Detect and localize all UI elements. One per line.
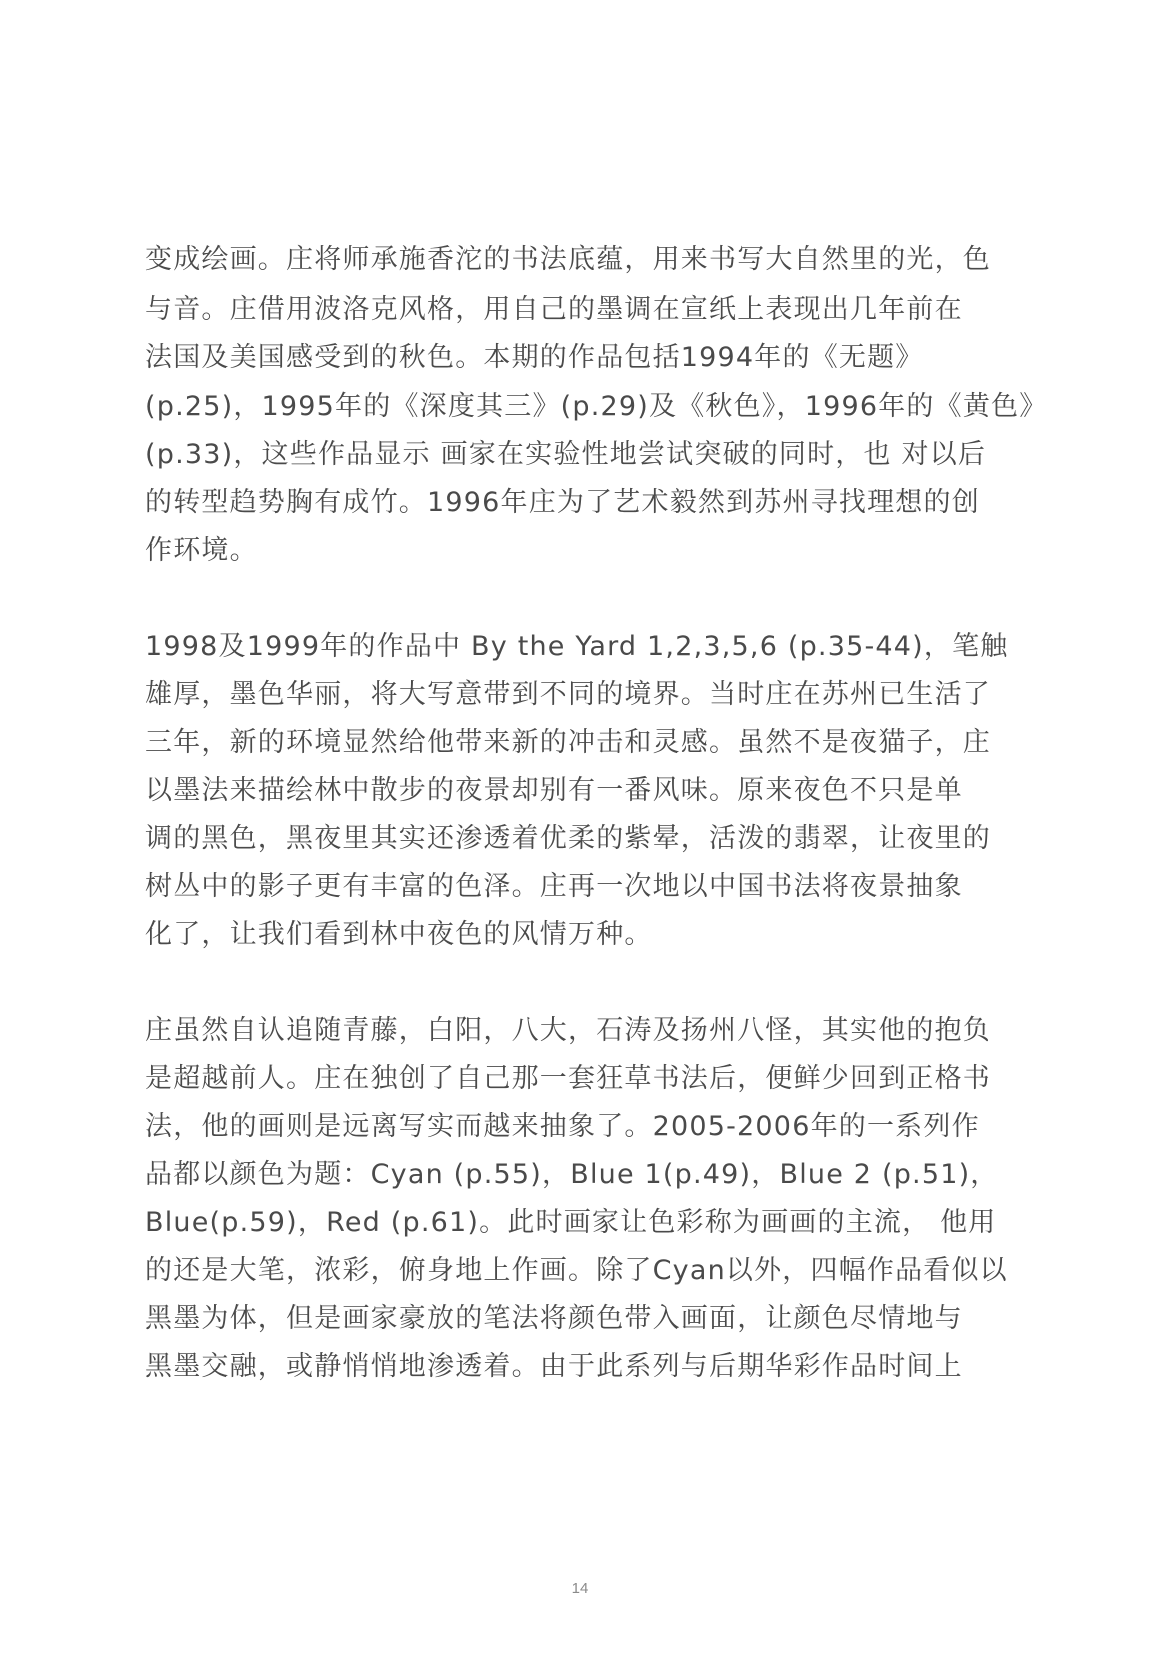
text-line: 化了，让我们看到林中夜色的风情万种。 — [145, 910, 653, 960]
text-line: (p.33)，这些作品显示 画家在实验性地尝试突破的同时，也 对以后 — [145, 430, 986, 480]
text-line: Blue(p.59)，Red (p.61)。此时画家让色彩称为画画的主流， 他用 — [145, 1198, 997, 1248]
text-line: 的转型趋势胸有成竹。1996年庄为了艺术毅然到苏州寻找理想的创 — [145, 478, 980, 528]
text-line: 雄厚，墨色华丽，将大写意带到不同的境界。当时庄在苏州已生活了 — [145, 670, 991, 720]
text-line: 黑墨为体，但是画家豪放的笔法将颜色带入画面，让颜色尽情地与 — [145, 1294, 963, 1344]
text-line: 1998及1999年的作品中 By the Yard 1,2,3,5,6 (p.… — [145, 622, 1009, 672]
text-line: 品都以颜色为题：Cyan (p.55)，Blue 1(p.49)，Blue 2 … — [145, 1150, 999, 1200]
text-line: 调的黑色，黑夜里其实还渗透着优柔的紫晕，活泼的翡翠，让夜里的 — [145, 814, 991, 864]
text-line: 三年，新的环境显然给他带来新的冲击和灵感。虽然不是夜猫子，庄 — [145, 718, 991, 768]
text-line: 黑墨交融，或静悄悄地渗透着。由于此系列与后期华彩作品时间上 — [145, 1342, 963, 1392]
text-line: 树丛中的影子更有丰富的色泽。庄再一次地以中国书法将夜景抽象 — [145, 862, 963, 912]
text-line: 法，他的画则是远离写实而越来抽象了。2005-2006年的一系列作 — [145, 1102, 980, 1152]
text-line: 以墨法来描绘林中散步的夜景却别有一番风味。原来夜色不只是单 — [145, 766, 963, 816]
text-line: 作环境。 — [145, 526, 258, 576]
text-line: 是超越前人。庄在独创了自己那一套狂草书法后，便鲜少回到正格书 — [145, 1054, 991, 1104]
text-line: (p.25)，1995年的《深度其三》(p.29)及《秋色》，1996年的《黄色… — [145, 382, 1047, 432]
text-line: 的还是大笔，浓彩，俯身地上作画。除了Cyan以外，四幅作品看似以 — [145, 1246, 1008, 1296]
text-line: 庄虽然自认追随青藤，白阳，八大，石涛及扬州八怪，其实他的抱负 — [145, 1006, 991, 1056]
text-line: 与音。庄借用波洛克风格，用自己的墨调在宣纸上表现出几年前在 — [145, 285, 963, 335]
text-line: 法国及美国感受到的秋色。本期的作品包括1994年的《无题》 — [145, 333, 924, 383]
text-line: 变成绘画。庄将师承施香沱的书法底蕴，用来书写大自然里的光，色 — [145, 235, 991, 285]
document-page: 变成绘画。庄将师承施香沱的书法底蕴，用来书写大自然里的光，色 与音。庄借用波洛克… — [145, 0, 1015, 1660]
